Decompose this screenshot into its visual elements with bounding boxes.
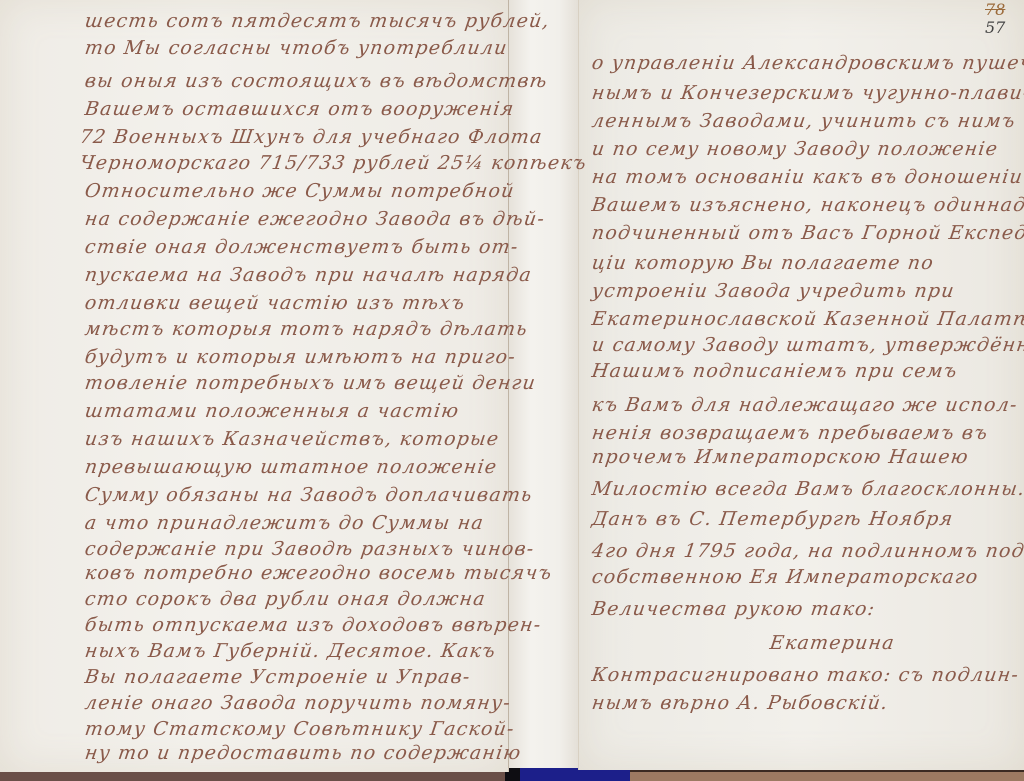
- text-line: къ Вамъ для надлежащаго же испол-: [590, 394, 1019, 416]
- text-line: ныхъ Вамъ Губерній. Десятое. Какъ: [83, 640, 497, 662]
- text-line: собственною Ея Императорскаго: [590, 566, 980, 588]
- text-line: Вашемъ оставшихся отъ вооруженія: [83, 98, 515, 120]
- text-line: на содержаніе ежегодно Завода въ дѣй-: [83, 208, 546, 230]
- text-line: 4го дня 1795 года, на подлинномъ подписа…: [590, 540, 1024, 562]
- text-line: товленіе потребныхъ имъ вещей денги: [83, 372, 537, 394]
- text-line: о управленіи Александровскимъ пушеч-: [590, 52, 1024, 74]
- book-edge-left: [0, 772, 505, 781]
- text-line: нымъ вѣрно А. Рыбовскій.: [590, 692, 889, 714]
- text-line: ковъ потребно ежегодно восемь тысячъ: [83, 562, 553, 584]
- text-line: Величества рукою тако:: [590, 598, 876, 620]
- text-line: подчиненный отъ Васъ Горной Експеди-: [590, 222, 1024, 244]
- text-line: изъ нашихъ Казначействъ, которые: [83, 428, 500, 450]
- text-line: быть отпускаема изъ доходовъ ввѣрен-: [83, 614, 543, 636]
- text-line: отливки вещей частію изъ тѣхъ: [83, 292, 466, 314]
- text-line: тому Статскому Совѣтнику Гаской-: [83, 718, 516, 740]
- text-line: Сумму обязаны на Заводъ доплачивать: [83, 484, 534, 506]
- folio-number-old: 78: [985, 0, 1005, 19]
- text-line: прочемъ Императорскою Нашею: [590, 446, 970, 468]
- text-line: а что принадлежитъ до Суммы на: [83, 512, 485, 534]
- manuscript-spread: 78 57 шесть сотъ пятдесятъ тысячъ рублей…: [0, 0, 1024, 781]
- text-line: сто сорокъ два рубли оная должна: [83, 588, 487, 610]
- text-line: на томъ основаніи какъ въ доношеніи: [590, 166, 1024, 188]
- text-line: Относительно же Суммы потребной: [83, 180, 516, 202]
- text-line: вы оныя изъ состоящихъ въ вѣдомствѣ: [83, 70, 549, 92]
- text-line: и самому Заводу штатъ, утверждённый: [590, 334, 1024, 356]
- text-line: ціи которую Вы полагаете по: [590, 252, 935, 274]
- text-line: штатами положенныя а частію: [83, 400, 460, 422]
- text-line: нымъ и Кончезерскимъ чугунно-плави-: [590, 82, 1024, 104]
- folio-number: 57: [985, 18, 1005, 37]
- text-line: содержаніе при Заводѣ разныхъ чинов-: [83, 538, 536, 560]
- text-line: Контрасигнировано тако: съ подлин-: [590, 664, 1020, 686]
- text-line: ствіе оная долженствуетъ быть от-: [83, 236, 520, 258]
- text-line: ненія возвращаемъ пребываемъ въ: [590, 422, 989, 444]
- text-line: леннымъ Заводами, учинить съ нимъ: [590, 110, 1017, 132]
- text-line: шесть сотъ пятдесятъ тысячъ рублей,: [83, 10, 551, 32]
- signature-ekaterina: Екатерина: [768, 632, 896, 654]
- text-line: леніе онаго Завода поручить помяну-: [83, 692, 512, 714]
- text-line: Данъ въ С. Петербургѣ Ноября: [590, 508, 954, 530]
- text-line: Екатеринославской Казенной Палатѣ: [590, 308, 1024, 330]
- text-line: Черноморскаго 715/733 рублей 25¼ копѣекъ: [78, 152, 588, 174]
- text-line: Нашимъ подписаніемъ при семъ: [590, 360, 959, 382]
- text-line: будутъ и которыя имѣютъ на приго-: [83, 346, 517, 368]
- text-line: мѣстъ которыя тотъ нарядъ дѣлать: [83, 318, 529, 340]
- text-line: устроеніи Завода учредить при: [590, 280, 956, 302]
- text-line: ну то и предоставить по содержанію: [83, 742, 523, 764]
- table-surface: [630, 772, 1024, 781]
- text-line: пускаема на Заводъ при началѣ наряда: [83, 264, 533, 286]
- text-line: и по сему новому Заводу положеніе: [590, 138, 999, 160]
- text-line: Вы полагаете Устроеніе и Управ-: [83, 666, 472, 688]
- text-line: превышающую штатное положеніе: [83, 456, 498, 478]
- text-line: Вашемъ изъяснено, наконецъ одиннадцать: [590, 194, 1024, 216]
- text-line: Милостію всегда Вамъ благосклонны.: [590, 478, 1024, 500]
- text-line: 72 Военныхъ Шхунъ для учебнаго Флота: [78, 126, 544, 148]
- text-line: то Мы согласны чтобъ употреблили: [83, 37, 509, 59]
